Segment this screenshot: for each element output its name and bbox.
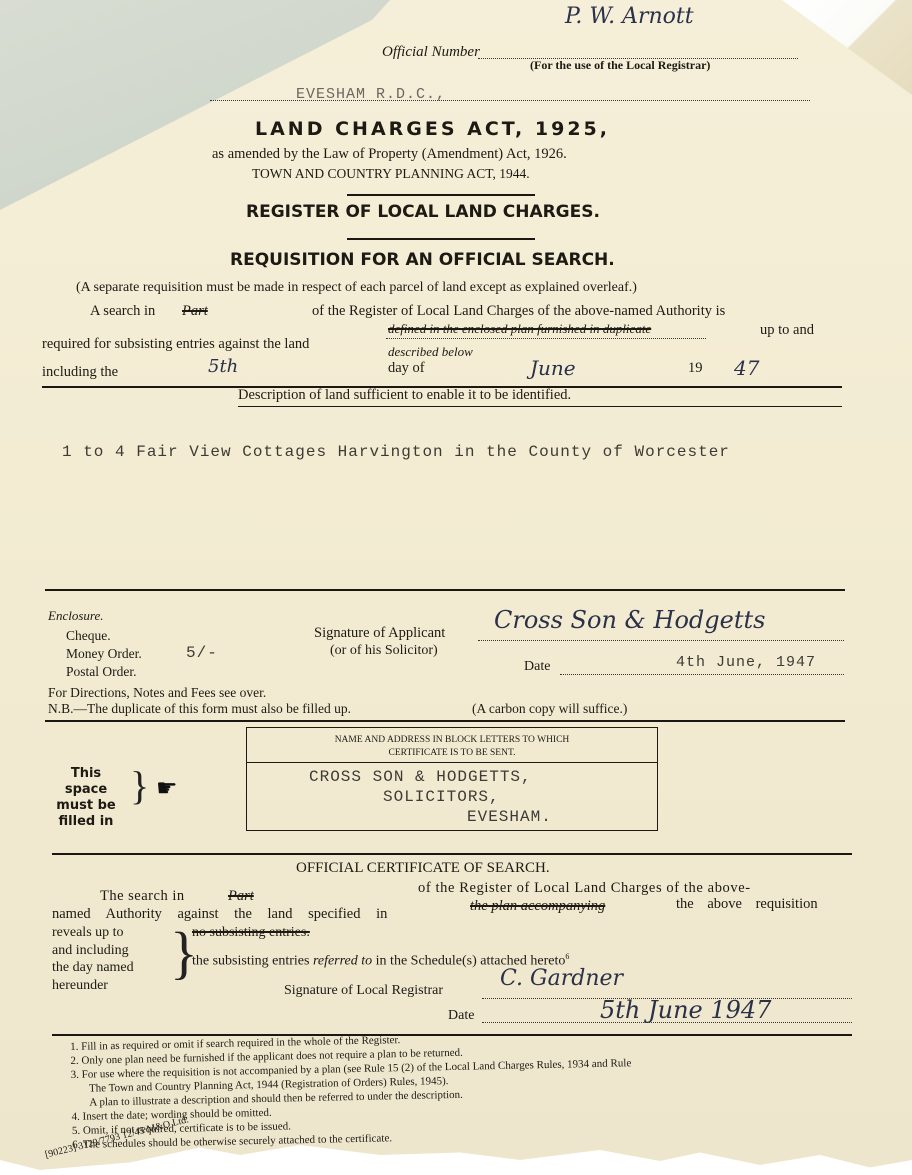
address-heading-line-2: CERTIFICATE IS TO BE SENT. (247, 747, 657, 760)
registrar-date-value[interactable]: 5th June 1947 (600, 996, 771, 1024)
cert-left-line: reveals up to (52, 924, 134, 942)
applicant-signature[interactable]: Cross Son & Hodgetts (494, 606, 765, 634)
cert-left-block: reveals up to and including the day name… (52, 924, 134, 994)
fill-in-line-2: must be (48, 798, 124, 814)
enclosure-amount[interactable]: 5/- (186, 644, 218, 662)
signature-applicant-label: Signature of Applicant (314, 625, 445, 642)
signature-applicant-sublabel: (or of his Solicitor) (330, 643, 438, 659)
registrar-date-label: Date (448, 1008, 474, 1024)
cert-struck-part: Part (228, 888, 254, 905)
fill-in-line-1: This space (48, 766, 124, 798)
year-prefix: 19 (688, 360, 703, 377)
enclosure-heading: Enclosure. (48, 608, 103, 624)
cert-struck-plan: the plan accompanying (470, 898, 605, 915)
handwritten-name: P. W. Arnott (565, 4, 694, 29)
up-to-and-label: up to and (760, 322, 814, 339)
divider (45, 589, 845, 591)
year-value[interactable]: 47 (734, 356, 759, 380)
authority-line (210, 100, 810, 101)
description-heading: Description of land sufficient to enable… (238, 387, 571, 404)
cert-search-in-label: The search in (100, 888, 185, 905)
address-box-divider (247, 762, 657, 763)
fill-in-notice: This space must be filled in (48, 766, 124, 830)
including-label: including the (42, 364, 118, 381)
applicant-date-value[interactable]: 4th June, 1947 (676, 654, 816, 671)
day-of-label: day of (388, 360, 425, 377)
cert-left-line: hereunder (52, 977, 134, 995)
register-title: REGISTER OF LOCAL LAND CHARGES. (246, 202, 600, 222)
cert-line1-suffix: of the Register of Local Land Charges of… (418, 880, 751, 897)
nb-note: N.B.—The duplicate of this form must als… (48, 701, 351, 717)
divider (45, 720, 845, 722)
struck-part-option: Part (182, 303, 208, 320)
divider (238, 406, 842, 407)
search-in-suffix: of the Register of Local Land Charges of… (312, 303, 725, 320)
certificate-title: OFFICIAL CERTIFICATE OF SEARCH. (296, 860, 550, 877)
option-line (386, 338, 706, 339)
applicant-date-line (560, 674, 844, 675)
divider (52, 853, 852, 855)
pointing-hand-icon: ☛ (156, 774, 178, 803)
enclosure-postal-order: Postal Order. (66, 664, 137, 680)
amended-line: as amended by the Law of Property (Amend… (212, 146, 567, 163)
divider (347, 238, 535, 240)
applicant-date-label: Date (524, 659, 550, 675)
cert-left-line: and including (52, 942, 134, 960)
fill-in-line-3: filled in (48, 814, 124, 830)
option-no-entries[interactable]: no subsisting entries. (192, 925, 310, 941)
official-number-label: Official Number (382, 44, 480, 61)
address-line-3: EVESHAM. (467, 808, 552, 826)
official-number-note: (For the use of the Local Registrar) (530, 58, 710, 73)
address-box[interactable]: NAME AND ADDRESS IN BLOCK LETTERS TO WHI… (246, 727, 658, 831)
address-heading-line-1: NAME AND ADDRESS IN BLOCK LETTERS TO WHI… (247, 734, 657, 747)
carbon-note: (A carbon copy will suffice.) (472, 701, 627, 717)
directions-note: For Directions, Notes and Fees see over. (48, 685, 266, 701)
separate-requisition-note: (A separate requisition must be made in … (76, 280, 637, 296)
land-description[interactable]: 1 to 4 Fair View Cottages Harvington in … (62, 443, 730, 461)
divider (347, 194, 535, 196)
day-value[interactable]: 5th (208, 356, 238, 377)
address-box-heading: NAME AND ADDRESS IN BLOCK LETTERS TO WHI… (247, 734, 657, 760)
option-entries-italic: referred to (313, 954, 372, 969)
enclosure-cheque: Cheque. (66, 628, 111, 644)
required-for-label: required for subsisting entries against … (42, 336, 309, 353)
signature-line (478, 640, 844, 641)
cert-left-line: the day named (52, 959, 134, 977)
option-described-below: described below (388, 344, 473, 360)
brace-icon: } (130, 762, 149, 810)
cert-line2-prefix: named Authority against the land specifi… (52, 906, 387, 923)
registrar-signature[interactable]: C. Gardner (500, 966, 623, 991)
option-defined-plan: defined in the enclosed plan furnished i… (388, 321, 651, 337)
planning-act: TOWN AND COUNTRY PLANNING ACT, 1944. (252, 166, 530, 182)
address-line-1: CROSS SON & HODGETTS, (309, 768, 532, 786)
month-value[interactable]: June (530, 356, 576, 380)
enclosure-money-order: Money Order. (66, 646, 142, 662)
search-in-label: A search in (90, 303, 155, 320)
option-entries-prefix: the subsisting entries (192, 954, 309, 969)
cert-line2-suffix: the above requisition (676, 896, 818, 913)
address-line-2: SOLICITORS, (383, 788, 500, 806)
act-title: LAND CHARGES ACT, 1925, (255, 118, 610, 140)
registrar-signature-label: Signature of Local Registrar (284, 983, 443, 999)
requisition-title: REQUISITION FOR AN OFFICIAL SEARCH. (230, 250, 615, 270)
